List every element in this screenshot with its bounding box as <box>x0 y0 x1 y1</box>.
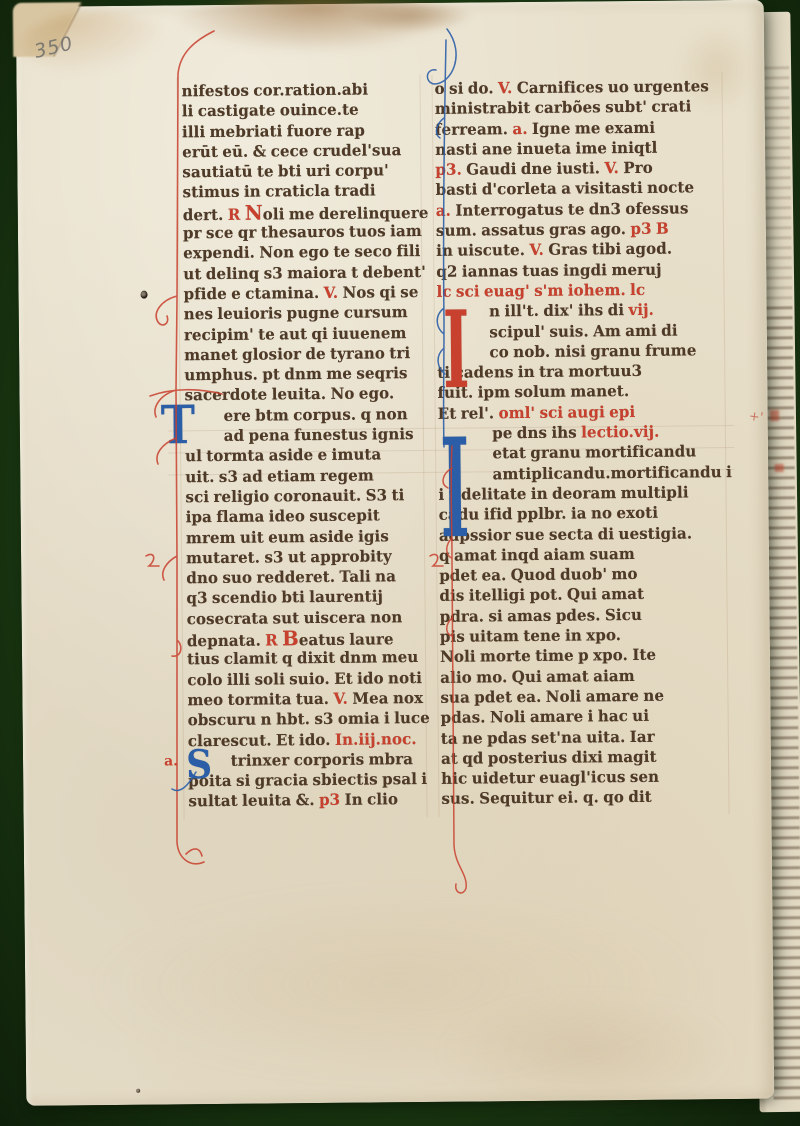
text-segment: meo tormita tua. <box>187 689 333 709</box>
text-line: ti cadens in tra mortuu3 <box>437 360 720 383</box>
text-line: lc sci euag' s'm iohem. lc <box>436 279 719 302</box>
rubric-segment: V. <box>529 240 548 259</box>
text-line: a. Interrogatus te dn3 ofessus <box>436 198 719 221</box>
rubric-segment: V. <box>324 283 343 302</box>
text-segment: i fidelitate in deoram multipli <box>438 482 688 503</box>
text-segment: alio mo. Qui amat aiam <box>440 666 635 687</box>
text-segment: pdas. Noli amare i hac ui <box>441 706 650 727</box>
text-segment: colo illi soli suio. Et ido noti <box>187 668 422 689</box>
rubric-segment: oml' sci augi epi <box>498 402 635 422</box>
text-line: dno suo redderet. Tali na <box>186 566 431 589</box>
text-segment: amtiplicandu.mortificandu i <box>493 462 732 483</box>
text-column-left: nifestos cor.ration.abili castigate ouin… <box>182 79 441 812</box>
text-line: ta ne pdas set'na uita. Iar <box>441 726 724 749</box>
decorated-initial-t: T <box>161 398 196 451</box>
stain <box>435 990 736 1113</box>
text-line: pe dns ihs lectio.vij. <box>438 421 721 444</box>
text-segment: Pro <box>623 158 653 177</box>
text-line: stimus in craticla tradi <box>182 180 427 203</box>
text-segment: pfide e ctamina. <box>183 283 323 303</box>
text-line: in uiscute. V. Gras tibi agod. <box>436 239 719 262</box>
text-line: fuit. ipm solum manet. <box>437 381 720 404</box>
text-line: at qd posterius dixi magit <box>441 746 724 769</box>
next-page-red-rubric-spot <box>775 464 784 472</box>
text-line: erūt eū. & cece crudel'sua <box>182 140 427 163</box>
text-segment: hic uidetur euagl'icus sen <box>441 767 659 788</box>
text-segment: manet glosior de tyrano tri <box>184 343 410 364</box>
text-segment: illi mebriati fuore rap <box>182 120 365 141</box>
text-line: meo tormita tua. V. Mea nox <box>187 688 432 711</box>
text-segment: mrem uit eum aside igis <box>186 526 389 547</box>
text-segment: Gaudi dne iusti. <box>466 158 604 178</box>
text-line: poita si gracia sbiectis psal i <box>188 769 433 792</box>
rubric-segment: lectio.vij. <box>581 422 659 442</box>
text-segment: mutaret. s3 ut approbity <box>186 546 392 567</box>
margin-mark: a. <box>164 753 178 769</box>
text-line: sus. Sequitur ei. q. qo dit <box>441 787 724 810</box>
text-segment: pdra. si amas pdes. Sicu <box>440 605 642 626</box>
marginal-plus-mark: +' <box>748 409 764 426</box>
text-line: pdra. si amas pdes. Sicu <box>440 604 723 627</box>
text-line: li castigate ouince.te <box>182 99 427 122</box>
text-line: scipul' suis. Am ami di <box>437 320 720 343</box>
text-line: sultat leuita &. p3 In clio <box>188 789 433 812</box>
text-segment: ta ne pdas set'na uita. Iar <box>441 726 655 747</box>
text-segment: q3 scendio bti laurentij <box>186 587 383 608</box>
text-line: Noli morte time p xpo. Ite <box>440 644 723 667</box>
stain <box>84 880 706 1086</box>
stain <box>166 0 467 55</box>
text-line: q2 iannas tuas ingdi meruj <box>436 259 719 282</box>
text-line: dert. R Noli me derelinquere <box>183 201 428 224</box>
text-segment: cosecrata sut uiscera non <box>187 607 403 628</box>
text-line: obscuru n hbt. s3 omia i luce <box>188 708 433 731</box>
text-segment: ul tormta aside e imuta <box>185 445 381 466</box>
text-line: hic uidetur euagl'icus sen <box>441 766 724 789</box>
photo-backdrop: { "page_number": "350", "marginalia": { … <box>0 0 800 1126</box>
text-segment: sus. Sequitur ei. q. qo dit <box>441 787 652 808</box>
text-segment: dert. <box>183 205 228 224</box>
text-segment: Carnifices uo urgentes <box>517 76 709 97</box>
text-line: amtiplicandu.mortificandu i <box>438 462 721 485</box>
text-line: illi mebriati fuore rap <box>182 120 427 143</box>
text-segment: stimus in craticla tradi <box>182 181 375 202</box>
text-segment: ut delinq s3 maiora t debent' <box>183 262 426 283</box>
text-segment: n ill't. dix' ihs di <box>489 300 629 320</box>
text-segment: Interrogatus te dn3 ofessus <box>455 198 688 219</box>
text-segment: co nob. nisi granu frume <box>489 340 696 361</box>
text-segment: pr sce qr thesauros tuos iam <box>183 221 422 242</box>
rubric-segment: V. <box>604 158 623 177</box>
text-segment: trinxer corporis mbra <box>231 749 414 770</box>
text-line: co nob. nisi granu frume <box>437 340 720 363</box>
text-segment: sacerdote leuita. No ego. <box>184 384 394 405</box>
text-line: pfide e ctamina. V. Nos qi se <box>183 282 428 305</box>
text-segment: nasti ane inueta ime iniqtl <box>435 138 657 159</box>
rubric-segment: R <box>228 204 245 223</box>
text-line: pdas. Noli amare i hac ui <box>441 705 724 728</box>
text-segment: dno suo redderet. Tali na <box>186 566 396 587</box>
text-segment: recipim' te aut qi iuuenem <box>184 323 407 344</box>
text-segment: depnata. <box>187 631 266 651</box>
rubric-segment: R <box>265 630 282 649</box>
text-segment: poita si gracia sbiectis psal i <box>188 769 427 790</box>
text-line: sci religio coronauit. S3 ti <box>185 485 430 508</box>
rubric-segment: a. <box>436 200 456 219</box>
text-segment: in uiscute. <box>436 240 529 260</box>
text-line: q amat inqd aiam suam <box>439 543 722 566</box>
text-line: adpssior sue secta di uestigia. <box>439 523 722 546</box>
text-line: ipa flama ideo suscepit <box>186 505 431 528</box>
text-segment: Nos qi se <box>342 282 418 302</box>
text-line: ut delinq s3 maiora t debent' <box>183 262 428 285</box>
rubric-segment: vij. <box>628 300 654 319</box>
text-segment: umphus. pt dnm me seqris <box>184 363 407 384</box>
text-line: recipim' te aut qi iuuenem <box>184 323 429 346</box>
text-segment: q2 iannas tuas ingdi meruj <box>436 259 661 280</box>
text-line: ad pena funestus ignis <box>185 424 430 447</box>
text-segment: ministrabit carbões subt' crati <box>435 97 692 118</box>
text-line: manet glosior de tyrano tri <box>184 343 429 366</box>
text-segment: In clio <box>344 790 398 810</box>
text-segment: sci religio coronauit. S3 ti <box>185 485 404 506</box>
text-segment: cadu ifid pplbr. ia no exoti <box>439 503 659 524</box>
next-page-red-rubric-spot <box>770 410 779 421</box>
text-line: expendi. Non ego te seco fili <box>183 241 428 264</box>
speck <box>136 1089 140 1093</box>
text-line: pr sce qr thesauros tuos iam <box>183 221 428 244</box>
text-line: cadu ifid pplbr. ia no exoti <box>439 502 722 525</box>
text-line: sum. assatus gras ago. p3 B <box>436 218 719 241</box>
text-line: colo illi soli suio. Et ido noti <box>187 668 432 691</box>
text-segment: eatus laure <box>299 629 394 649</box>
text-line: ferream. a. Igne me exami <box>435 117 718 140</box>
text-segment: Gras tibi agod. <box>548 239 672 259</box>
rubric-segment: In.iij.noc. <box>335 729 417 749</box>
text-line: clarescut. Et ido. In.iij.noc. <box>188 728 433 751</box>
text-segment: pis uitam tene in xpo. <box>440 625 621 646</box>
text-segment: li castigate ouince.te <box>182 100 359 121</box>
text-segment: Noli morte time p xpo. Ite <box>440 645 656 666</box>
text-line: n ill't. dix' ihs di vij. <box>437 299 720 322</box>
rubric-segment: V. <box>498 78 517 97</box>
text-segment: ferream. <box>435 119 513 139</box>
decorated-initial-i: I <box>440 422 470 559</box>
text-segment: sum. assatus gras ago. <box>436 219 631 240</box>
rubric-segment: N <box>245 200 263 224</box>
text-column-right: o si do. V. Carnifices uo urgentesminist… <box>435 76 734 809</box>
text-line: nifestos cor.ration.abi <box>182 79 427 102</box>
text-line: o si do. V. Carnifices uo urgentes <box>435 76 718 99</box>
text-line: sua pdet ea. Noli amare ne <box>440 685 723 708</box>
text-line: uit. s3 ad etiam regem <box>185 465 430 488</box>
text-line: tius clamit q dixit dnm meu <box>187 647 432 670</box>
text-line: ministrabit carbões subt' crati <box>435 96 718 119</box>
rubric-segment: B <box>282 626 299 650</box>
decorated-initial-s: S <box>186 745 212 785</box>
text-segment: dis itelligi pot. Qui amat <box>439 584 644 605</box>
text-segment: ere btm corpus. q non <box>223 404 407 425</box>
text-segment: etat granu mortificandu <box>492 442 696 463</box>
rubric-segment: p3 <box>319 790 345 809</box>
text-segment: erūt eū. & cece crudel'sua <box>182 140 401 161</box>
text-line: mrem uit eum aside igis <box>186 525 431 548</box>
text-line: pdet ea. Quod duob' mo <box>439 563 722 586</box>
rubric-segment: a. <box>512 119 532 138</box>
text-line: ere btm corpus. q non <box>185 404 430 427</box>
text-line: nes leuioris pugne cursum <box>184 302 429 325</box>
text-segment: nes leuioris pugne cursum <box>184 302 408 323</box>
text-segment: at qd posterius dixi magit <box>441 747 657 768</box>
decorated-initial-i: I <box>443 298 470 405</box>
text-segment: basti d'corleta a visitasti nocte <box>435 178 694 199</box>
text-line: dis itelligi pot. Qui amat <box>439 584 722 607</box>
text-line: mutaret. s3 ut approbity <box>186 546 431 569</box>
text-segment: uit. s3 ad etiam regem <box>185 465 374 486</box>
text-segment: sultat leuita &. <box>188 790 319 810</box>
rubric-segment: p3 B <box>630 219 669 238</box>
text-line: alio mo. Qui amat aiam <box>440 665 723 688</box>
text-line: sacerdote leuita. No ego. <box>184 383 429 406</box>
text-line: depnata. R Beatus laure <box>187 627 432 650</box>
text-line: p3. Gaudi dne iusti. V. Pro <box>435 157 718 180</box>
text-segment: o si do. <box>435 78 499 98</box>
text-segment: pe dns ihs <box>492 423 581 443</box>
text-line: ul tormta aside e imuta <box>185 444 430 467</box>
text-line: q3 scendio bti laurentij <box>186 586 431 609</box>
text-segment: sua pdet ea. Noli amare ne <box>440 686 664 707</box>
text-segment: oli me derelinquere <box>263 203 429 224</box>
text-line: nasti ane inueta ime iniqtl <box>435 137 718 160</box>
stain <box>346 0 476 34</box>
text-line: basti d'corleta a visitasti nocte <box>435 178 718 201</box>
text-segment: ipa flama ideo suscepit <box>186 506 380 527</box>
rubric-segment: p3. <box>435 160 466 179</box>
text-segment: adpssior sue secta di uestigia. <box>439 523 692 544</box>
text-line: sautiatū te bti uri corpu' <box>182 160 427 183</box>
text-line: trinxer corporis mbra <box>188 749 433 772</box>
manuscript-page: 350 +' nifestos cor.ration.abili castiga… <box>16 0 775 1106</box>
text-segment: Mea nox <box>352 688 423 708</box>
text-segment: Igne me exami <box>532 117 655 137</box>
rubric-segment: V. <box>333 689 352 708</box>
text-segment: obscuru n hbt. s3 omia i luce <box>188 708 430 729</box>
text-line: Et rel'. oml' sci augi epi <box>438 401 721 424</box>
text-line: pis uitam tene in xpo. <box>440 624 723 647</box>
text-line: umphus. pt dnm me seqris <box>184 363 429 386</box>
text-line: i fidelitate in deoram multipli <box>438 482 721 505</box>
wormhole <box>141 291 148 299</box>
text-segment: tius clamit q dixit dnm meu <box>187 647 418 668</box>
text-segment: expendi. Non ego te seco fili <box>183 241 420 262</box>
text-segment: sautiatū te bti uri corpu' <box>182 161 389 182</box>
text-segment: nifestos cor.ration.abi <box>182 80 369 101</box>
text-line: etat granu mortificandu <box>438 441 721 464</box>
text-segment: scipul' suis. Am ami di <box>489 320 678 341</box>
text-segment: ad pena funestus ignis <box>224 424 414 445</box>
text-line: cosecrata sut uiscera non <box>187 607 432 630</box>
